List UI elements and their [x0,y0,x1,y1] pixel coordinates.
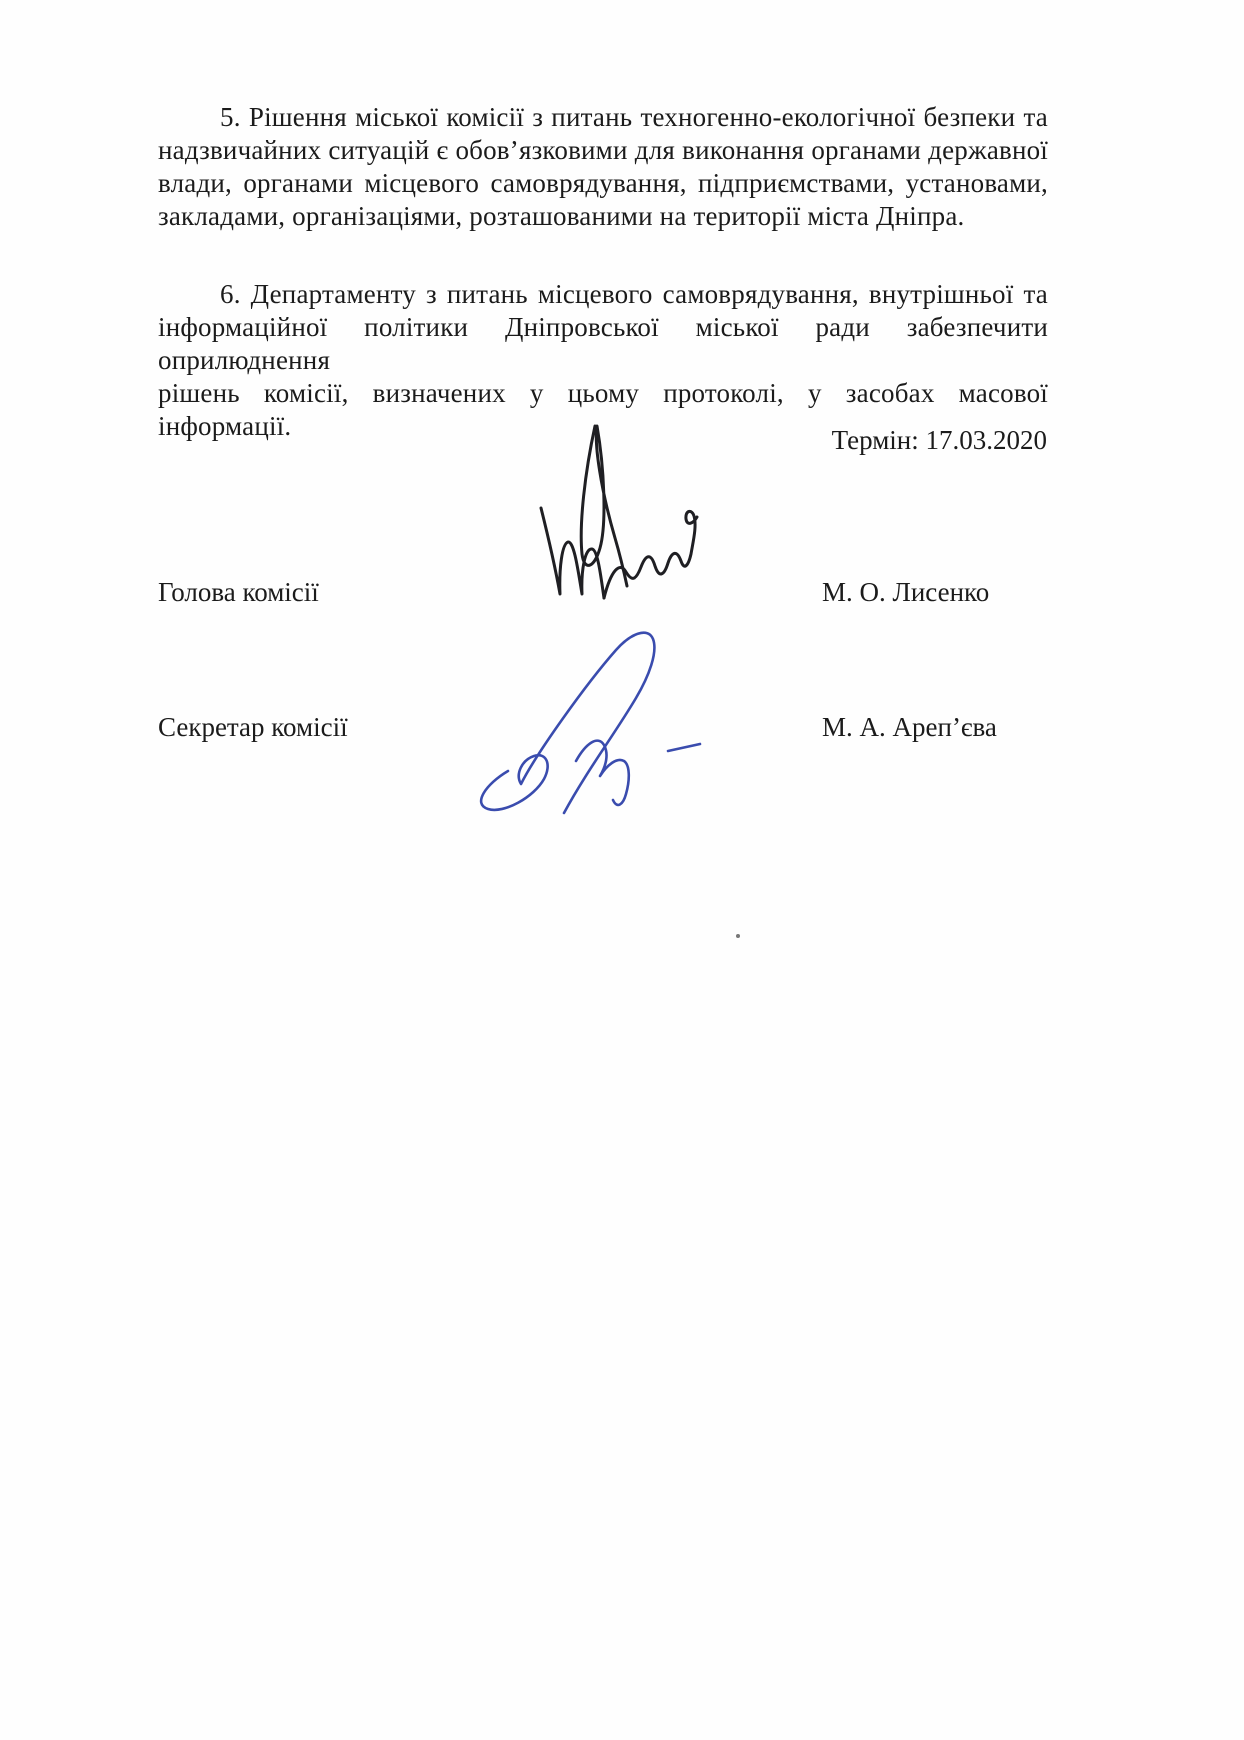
signature-name-chairman: М. О. Лисенко [822,576,989,609]
paragraph-6-line-2: інформаційної політики Дніпровської місь… [158,311,1048,377]
paragraph-6-line-1: 6. Департаменту з питань місцевого самов… [158,278,1048,311]
paragraph-5-line-2: надзвичайних ситуацій є обов’язковими дл… [158,134,1048,167]
paragraph-5: 5. Рішення міської комісії з питань техн… [158,101,1048,233]
document-page: 5. Рішення міської комісії з питань техн… [0,0,1244,1740]
deadline-text: Термін: 17.03.2020 [832,424,1047,457]
paragraph-5-line-1: 5. Рішення міської комісії з питань техн… [158,101,1048,134]
signature-role-secretary: Секретар комісії [158,711,348,744]
paragraph-6: 6. Департаменту з питань місцевого самов… [158,278,1048,443]
paragraph-5-line-4: закладами, організаціями, розташованими … [158,200,1048,233]
signature-role-chairman: Голова комісії [158,576,319,609]
signature-name-secretary: М. А. Ареп’єва [822,711,997,744]
secretary-signature-icon [446,566,714,824]
paragraph-5-line-3: влади, органами місцевого самоврядування… [158,167,1048,200]
stray-dot-mark [736,934,740,938]
